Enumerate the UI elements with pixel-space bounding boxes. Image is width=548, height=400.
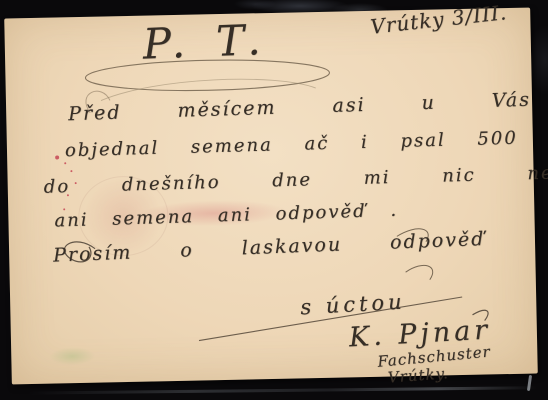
salutation-text: P. T. [142,15,270,69]
scan-artifact-streak [0,386,548,395]
signature-place: Vrútky. [387,364,449,386]
body-line-3: do dnešního dne mi nic nedošlo [43,161,548,198]
scanner-bed-background: P. T. Vrútky 3/III. Před měsícem asi u V… [0,0,548,400]
closing-text: s úctou [300,290,407,320]
red-postmark-bleed [55,155,59,159]
postcard: P. T. Vrútky 3/III. Před měsícem asi u V… [4,8,538,385]
body-line-1: Před měsícem asi u Vás [68,89,531,126]
body-line-5: Prosím o laskavou odpověď [53,228,486,267]
body-line-2: objednal semena ač i psal 500 Kč [65,126,548,161]
place-dateline: Vrútky 3/III. [369,0,508,39]
green-stain [49,347,95,366]
body-line-4: ani semena ani odpověď . [54,200,398,232]
